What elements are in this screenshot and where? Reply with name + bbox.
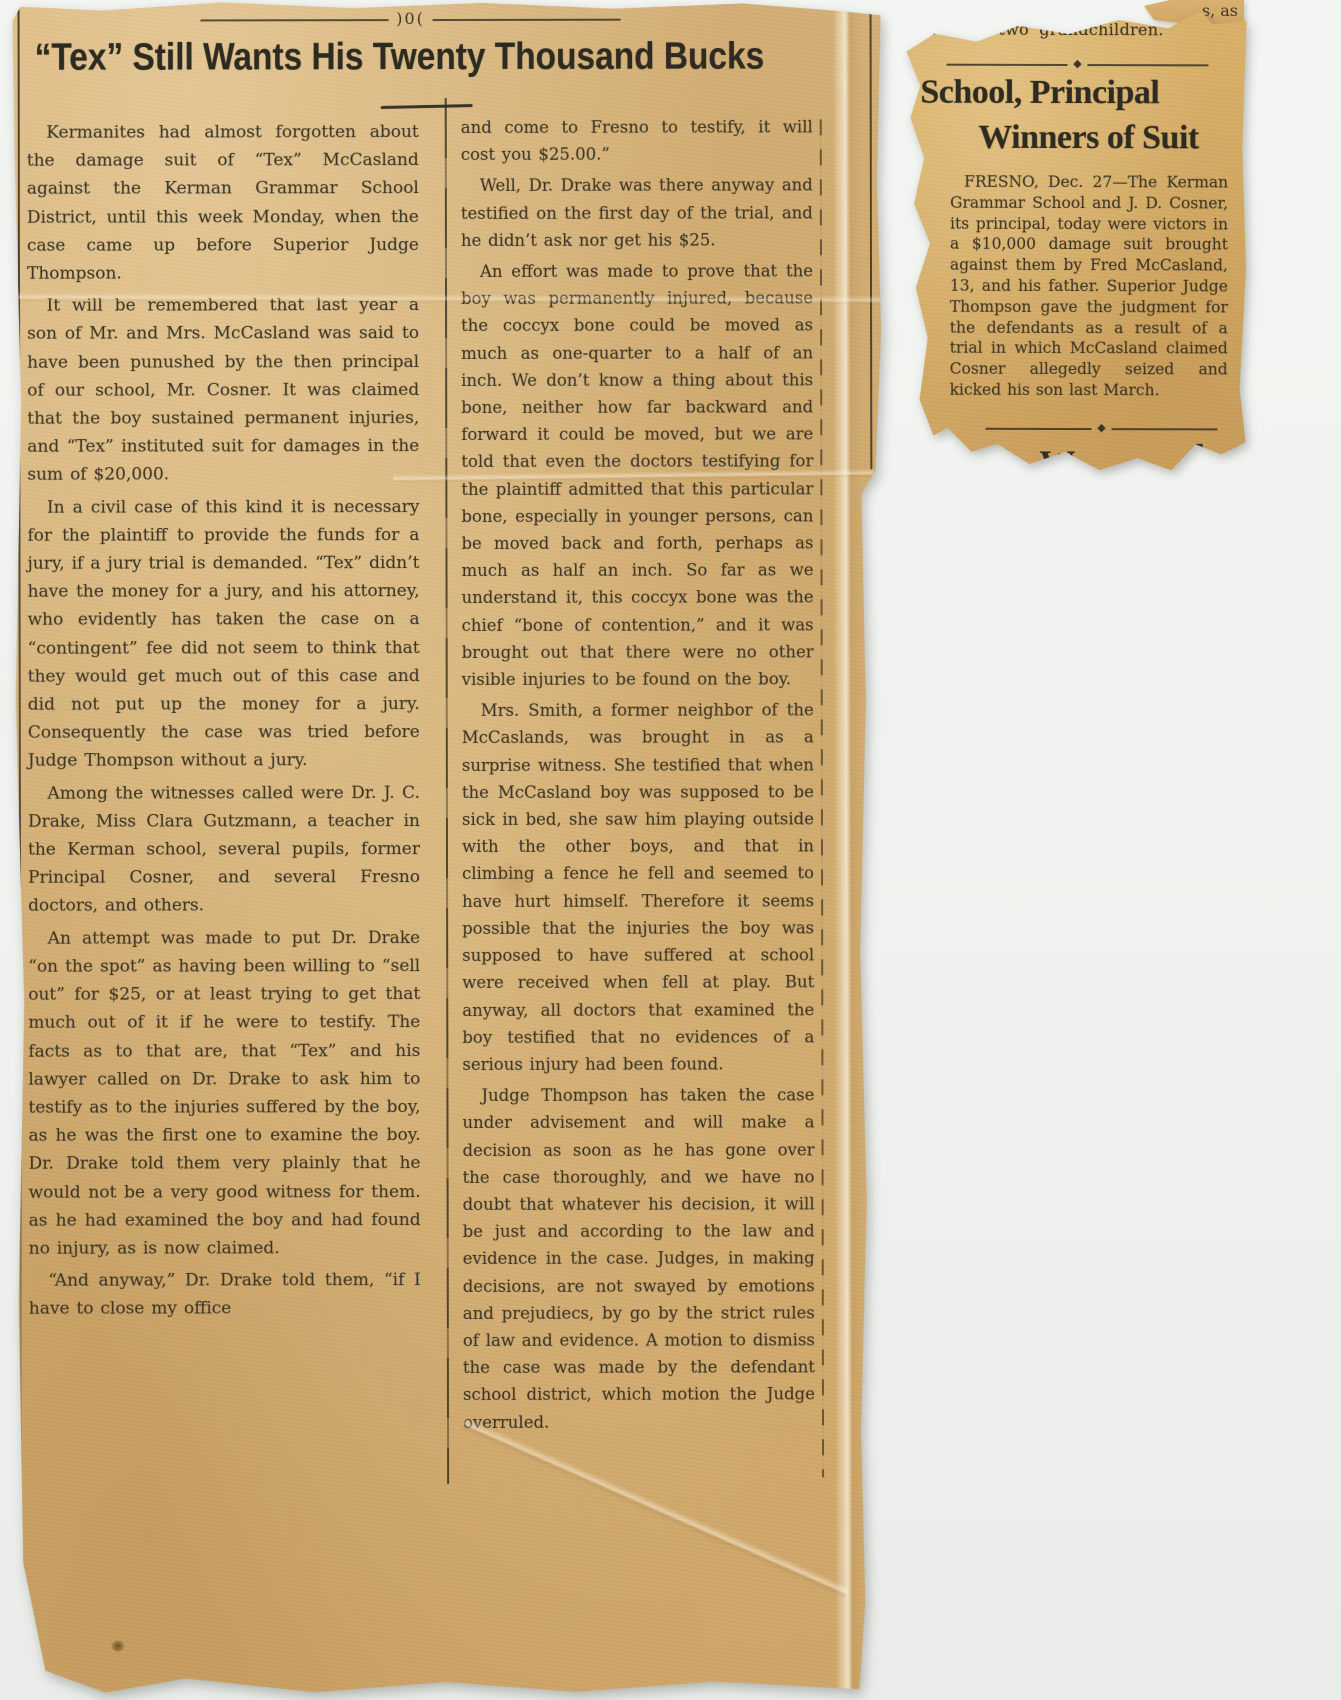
ornament-line-right bbox=[433, 18, 621, 20]
article-paragraph: In a civil case of this kind it is neces… bbox=[27, 493, 419, 776]
diagonal-crease-bottom bbox=[460, 1417, 850, 1600]
article-headline: “Tex” Still Wants His Twenty Thousand Bu… bbox=[35, 35, 765, 79]
headline-line-1: School, Principal bbox=[920, 74, 1159, 112]
diamond-divider-bottom: ◆ bbox=[985, 422, 1217, 436]
article-paragraph: Well, Dr. Drake was there anyway and tes… bbox=[461, 172, 813, 254]
paper-stain bbox=[484, 862, 544, 902]
right-clipping-paper: well as two grandchildren. ◆ School, Pri… bbox=[889, 8, 1246, 475]
headline-underline-rule bbox=[381, 104, 473, 109]
top-ornament-rule: )0( bbox=[201, 10, 621, 30]
article-paragraph: and come to Fresno to testify, it will c… bbox=[461, 113, 813, 168]
column-divider-rule bbox=[445, 98, 449, 1484]
ornament-glyph: )0( bbox=[396, 9, 425, 28]
divider-line bbox=[946, 63, 1067, 65]
ink-spot-stain bbox=[111, 1641, 124, 1652]
article-paragraph: Among the witnesses called were Dr. J. C… bbox=[28, 779, 420, 921]
article-paragraph: Judge Thompson has taken the case under … bbox=[462, 1081, 815, 1435]
headline-line-2: Winners of Suit bbox=[920, 115, 1240, 161]
diamond-icon: ◆ bbox=[1073, 57, 1082, 70]
torn-headline-fragment: W l bbox=[889, 436, 1245, 475]
fragment-letter: l bbox=[1195, 438, 1205, 476]
left-edge-column-rule bbox=[18, 3, 23, 1503]
divider-line bbox=[986, 427, 1092, 429]
ornament-line-left bbox=[201, 19, 389, 21]
diamond-icon: ◆ bbox=[1097, 421, 1106, 434]
fragment-letter: W bbox=[1039, 442, 1075, 484]
article-paragraph: Kermanites had almost forgotten about th… bbox=[27, 118, 419, 288]
divider-line bbox=[1088, 64, 1209, 66]
previous-article-last-line: well as two grandchildren. bbox=[925, 20, 1219, 40]
article-paragraph: “And anyway,” Dr. Drake told them, “if I… bbox=[29, 1266, 421, 1323]
right-column-rule bbox=[820, 119, 824, 1477]
far-right-edge-rule bbox=[870, 7, 873, 469]
left-newspaper-clipping: )0( “Tex” Still Wants His Twenty Thousan… bbox=[13, 1, 884, 1695]
vertical-fold-crease bbox=[833, 1, 864, 1693]
suit-article-headline: School, Principal Winners of Suit bbox=[920, 70, 1240, 161]
right-newspaper-clipping: well as two grandchildren. ◆ School, Pri… bbox=[889, 8, 1246, 475]
left-clipping-paper: )0( “Tex” Still Wants His Twenty Thousan… bbox=[13, 1, 884, 1695]
article-column-2: and come to Fresno to testify, it will c… bbox=[461, 113, 815, 1439]
divider-line bbox=[1112, 428, 1218, 430]
article-paragraph: It will be remembered that last year a s… bbox=[27, 291, 419, 489]
suit-article-body: FRESNO, Dec. 27—The Kerman Grammar Schoo… bbox=[950, 172, 1229, 401]
article-paragraph: An attempt was made to put Dr. Drake “on… bbox=[28, 924, 421, 1263]
